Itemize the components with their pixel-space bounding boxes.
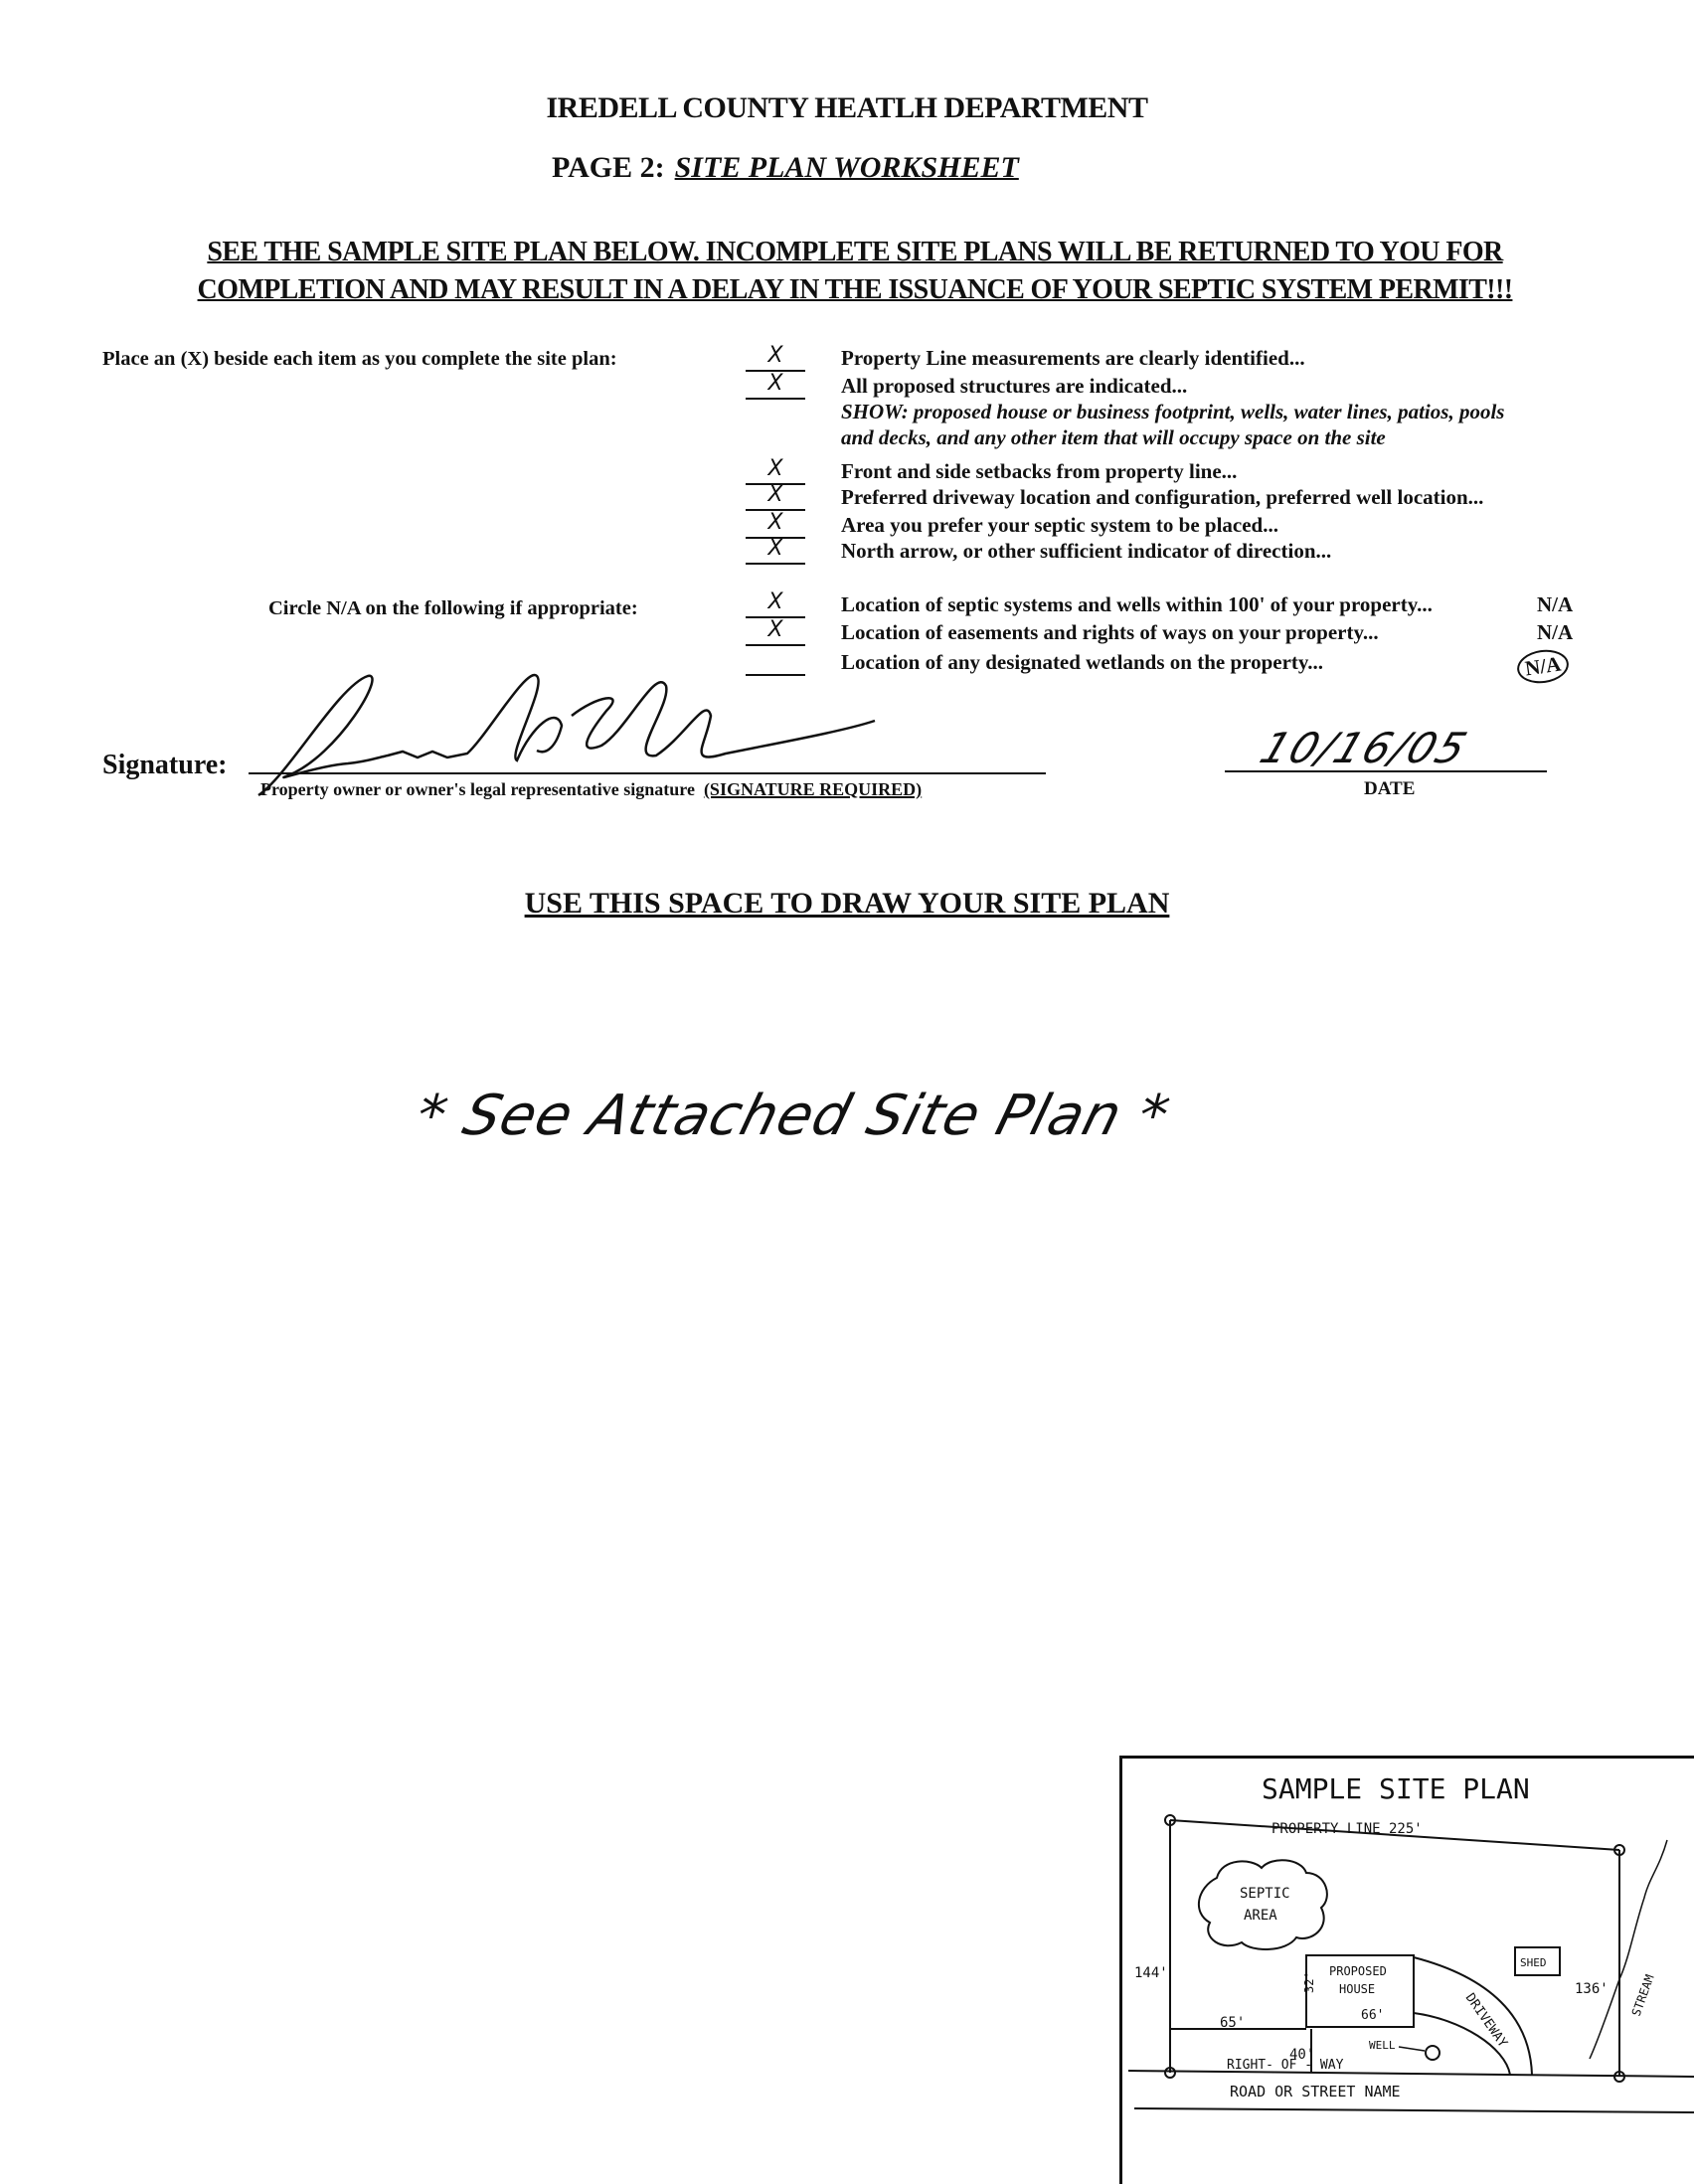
checklist-item: SHOW: proposed house or business footpri… bbox=[841, 400, 1504, 424]
svg-text:HOUSE: HOUSE bbox=[1339, 1982, 1375, 1996]
checklist-item: Front and side setbacks from property li… bbox=[841, 459, 1237, 484]
checklist-mark[interactable]: X bbox=[746, 457, 805, 485]
page-name: SITE PLAN WORKSHEET bbox=[675, 151, 1019, 184]
na-mark[interactable]: X bbox=[746, 618, 805, 646]
date-line bbox=[1225, 770, 1547, 772]
handwritten-note: * See Attached Site Plan * bbox=[409, 1084, 1176, 1148]
department-title: IREDELL COUNTY HEATLH DEPARTMENT bbox=[0, 91, 1694, 125]
sample-site-plan: SAMPLE SITE PLAN PROPERTY LINE 225' SEPT… bbox=[1119, 1756, 1694, 2184]
svg-text:SEPTIC: SEPTIC bbox=[1240, 1886, 1290, 1902]
na-option[interactable]: N/A bbox=[1515, 647, 1571, 687]
svg-text:SHED: SHED bbox=[1520, 1956, 1547, 1969]
svg-text:PROPOSED: PROPOSED bbox=[1329, 1964, 1387, 1978]
signature-caption: Property owner or owner's legal represen… bbox=[260, 779, 922, 800]
na-option[interactable]: N/A bbox=[1537, 620, 1573, 645]
na-option[interactable]: N/A bbox=[1537, 592, 1573, 617]
signature-required: (SIGNATURE REQUIRED) bbox=[704, 779, 922, 799]
warning-line-1: SEE THE SAMPLE SITE PLAN BELOW. INCOMPLE… bbox=[99, 237, 1610, 268]
page-label: PAGE 2: bbox=[552, 151, 665, 184]
property-line-label: PROPERTY LINE 225' bbox=[1271, 1821, 1423, 1837]
date-caption: DATE bbox=[1364, 778, 1415, 800]
checklist-item: All proposed structures are indicated... bbox=[841, 374, 1187, 399]
date-value[interactable]: 10/16/05 bbox=[1254, 724, 1474, 772]
checklist-item: Preferred driveway location and configur… bbox=[841, 485, 1483, 510]
svg-text:WELL: WELL bbox=[1369, 2039, 1396, 2052]
drawing-area-title: USE THIS SPACE TO DRAW YOUR SITE PLAN bbox=[0, 887, 1694, 921]
svg-text:136': 136' bbox=[1575, 1981, 1609, 1997]
svg-text:AREA: AREA bbox=[1244, 1908, 1277, 1924]
checklist-mark[interactable]: X bbox=[746, 511, 805, 539]
checklist-mark[interactable]: X bbox=[746, 537, 805, 565]
na-item: Location of septic systems and wells wit… bbox=[841, 592, 1433, 617]
svg-text:66': 66' bbox=[1361, 2008, 1384, 2023]
checklist-mark[interactable]: X bbox=[746, 344, 805, 372]
na-instruction: Circle N/A on the following if appropria… bbox=[268, 597, 638, 620]
sample-plan-title: SAMPLE SITE PLAN bbox=[1262, 1772, 1530, 1805]
svg-text:STREAM: STREAM bbox=[1629, 1972, 1657, 2018]
checklist-mark[interactable]: X bbox=[746, 372, 805, 400]
page-heading: PAGE 2:SITE PLAN WORKSHEET bbox=[552, 151, 1019, 185]
checklist-item: Area you prefer your septic system to be… bbox=[841, 513, 1278, 538]
checklist-item: and decks, and any other item that will … bbox=[841, 425, 1386, 450]
signature-line bbox=[249, 772, 1046, 774]
checklist-item: Property Line measurements are clearly i… bbox=[841, 346, 1305, 371]
svg-text:144': 144' bbox=[1134, 1965, 1168, 1981]
svg-text:65': 65' bbox=[1220, 2015, 1245, 2031]
signature-label: Signature: bbox=[102, 750, 228, 781]
na-item: Location of easements and rights of ways… bbox=[841, 620, 1379, 645]
warning-line-2: COMPLETION AND MAY RESULT IN A DELAY IN … bbox=[99, 274, 1610, 306]
checklist-instruction: Place an (X) beside each item as you com… bbox=[102, 348, 617, 371]
svg-text:32': 32' bbox=[1302, 1971, 1316, 1993]
svg-text:RIGHT- OF - WAY: RIGHT- OF - WAY bbox=[1227, 2058, 1344, 2073]
svg-text:ROAD OR STREET NAME: ROAD OR STREET NAME bbox=[1230, 2083, 1401, 2100]
na-mark[interactable]: X bbox=[746, 590, 805, 618]
checklist-mark[interactable]: X bbox=[746, 483, 805, 511]
checklist-item: North arrow, or other sufficient indicat… bbox=[841, 539, 1331, 564]
